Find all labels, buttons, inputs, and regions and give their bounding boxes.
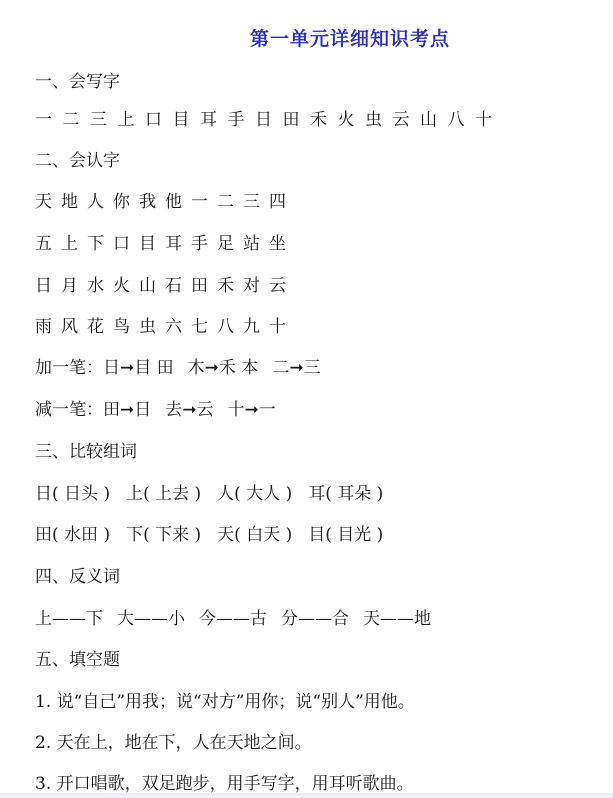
char: 山 xyxy=(420,108,437,132)
char: 禾 xyxy=(217,274,234,298)
recognize-row-1: 天地人你我他一二三四 xyxy=(35,190,295,214)
word-group: 天( 白天 ) xyxy=(217,525,292,545)
char: 六 xyxy=(165,315,182,339)
char: 火 xyxy=(113,274,130,298)
word-group: 上( 上去 ) xyxy=(126,484,201,504)
char: 耳 xyxy=(165,232,182,256)
arrow-right-icon: ➞ xyxy=(120,358,134,378)
char: 耳 xyxy=(200,108,217,132)
char: 日 xyxy=(35,274,52,298)
char: 虫 xyxy=(139,315,156,339)
fill-blank-item-2: 2. 天在上，地在下，人在天地之间。 xyxy=(35,731,312,755)
char: 五 xyxy=(35,232,52,256)
char: 禾 本 xyxy=(219,358,258,378)
remove-stroke-line: 减一笔：田➞日去➞云十➞一 xyxy=(35,398,276,422)
char: 一 xyxy=(259,400,276,420)
char: 云 xyxy=(197,400,214,420)
char: 雨 xyxy=(35,315,52,339)
recognize-row-4: 雨风花鸟虫六七八九十 xyxy=(35,315,295,339)
arrow-right-icon: ➞ xyxy=(245,400,259,420)
char: 天 xyxy=(35,190,52,214)
char: 你 xyxy=(113,190,130,214)
word-group: 日( 日头 ) xyxy=(35,484,110,504)
char: 日 xyxy=(134,400,151,420)
char: 手 xyxy=(228,108,245,132)
arrow-right-icon: ➞ xyxy=(205,358,219,378)
char: 口 xyxy=(145,108,162,132)
char: 鸟 xyxy=(113,315,130,339)
antonym-pair: 分——合 xyxy=(281,609,349,629)
char: 石 xyxy=(165,274,182,298)
char: 二 xyxy=(63,108,80,132)
remove-stroke-label: 减一笔： xyxy=(35,400,103,420)
word-group: 耳( 耳朵 ) xyxy=(308,484,383,504)
char: 四 xyxy=(269,190,286,214)
char: 七 xyxy=(191,315,208,339)
char: 田 xyxy=(103,400,120,420)
char: 一 xyxy=(35,108,52,132)
char: 云 xyxy=(269,274,286,298)
word-group: 目( 目光 ) xyxy=(308,525,383,545)
char: 目 田 xyxy=(134,358,173,378)
char: 火 xyxy=(338,108,355,132)
section-heading-recognize: 二、会认字 xyxy=(35,149,120,173)
char: 虫 xyxy=(365,108,382,132)
char: 八 xyxy=(217,315,234,339)
word-group: 下( 下来 ) xyxy=(126,525,201,545)
compare-row-2: 田( 水田 )下( 下来 )天( 白天 )目( 目光 ) xyxy=(35,523,383,547)
char: 月 xyxy=(61,274,78,298)
char: 坐 xyxy=(269,232,286,256)
char: 二 xyxy=(217,190,234,214)
char: 十 xyxy=(228,400,245,420)
char: 地 xyxy=(61,190,78,214)
char: 田 xyxy=(191,274,208,298)
section-heading-antonyms: 四、反义词 xyxy=(35,565,120,589)
char: 八 xyxy=(448,108,465,132)
char: 山 xyxy=(139,274,156,298)
char: 三 xyxy=(304,358,321,378)
antonym-pair: 大——小 xyxy=(117,609,185,629)
char: 三 xyxy=(243,190,260,214)
word-group: 人( 大人 ) xyxy=(217,484,292,504)
word-group: 田( 水田 ) xyxy=(35,525,110,545)
char: 十 xyxy=(475,108,492,132)
page-bottom-edge xyxy=(0,793,613,798)
char: 一 xyxy=(191,190,208,214)
char: 手 xyxy=(191,232,208,256)
char: 他 xyxy=(165,190,182,214)
char: 木 xyxy=(188,358,205,378)
char: 禾 xyxy=(310,108,327,132)
recognize-row-2: 五上下口目耳手足站坐 xyxy=(35,232,295,256)
char: 三 xyxy=(90,108,107,132)
char: 九 xyxy=(243,315,260,339)
char: 田 xyxy=(283,108,300,132)
char: 足 xyxy=(217,232,234,256)
char: 风 xyxy=(61,315,78,339)
antonym-pair: 今——古 xyxy=(199,609,267,629)
char: 日 xyxy=(103,358,120,378)
write-chars-row: 一二三上口目耳手日田禾火虫云山八十 xyxy=(35,108,503,132)
recognize-row-3: 日月水火山石田禾对云 xyxy=(35,274,295,298)
page-title: 第一单元详细知识考点 xyxy=(250,24,450,51)
char: 目 xyxy=(173,108,190,132)
char: 口 xyxy=(113,232,130,256)
antonym-row: 上——下大——小今——古分——合天——地 xyxy=(35,607,431,631)
char: 上 xyxy=(61,232,78,256)
char: 下 xyxy=(87,232,104,256)
char: 十 xyxy=(269,315,286,339)
add-stroke-label: 加一笔： xyxy=(35,358,103,378)
document-page: 第一单元详细知识考点 一、会写字 一二三上口目耳手日田禾火虫云山八十 二、会认字… xyxy=(0,0,613,798)
arrow-right-icon: ➞ xyxy=(120,400,134,420)
char: 云 xyxy=(393,108,410,132)
section-heading-fill-blank: 五、填空题 xyxy=(35,648,120,672)
char: 站 xyxy=(243,232,260,256)
section-heading-compare: 三、比较组词 xyxy=(35,440,137,464)
arrow-right-icon: ➞ xyxy=(289,358,303,378)
add-stroke-line: 加一笔：日➞目 田木➞禾 本二➞三 xyxy=(35,356,321,380)
char: 人 xyxy=(87,190,104,214)
char: 日 xyxy=(255,108,272,132)
char: 上 xyxy=(118,108,135,132)
fill-blank-item-1: 1. 说“自己”用我；说“对方”用你；说“别人”用他。 xyxy=(35,690,415,714)
antonym-pair: 天——地 xyxy=(363,609,431,629)
section-heading-write: 一、会写字 xyxy=(35,70,120,94)
char: 二 xyxy=(272,358,289,378)
antonym-pair: 上——下 xyxy=(35,609,103,629)
char: 我 xyxy=(139,190,156,214)
char: 对 xyxy=(243,274,260,298)
arrow-right-icon: ➞ xyxy=(182,400,196,420)
char: 水 xyxy=(87,274,104,298)
char: 目 xyxy=(139,232,156,256)
char: 花 xyxy=(87,315,104,339)
compare-row-1: 日( 日头 )上( 上去 )人( 大人 )耳( 耳朵 ) xyxy=(35,482,383,506)
char: 去 xyxy=(165,400,182,420)
